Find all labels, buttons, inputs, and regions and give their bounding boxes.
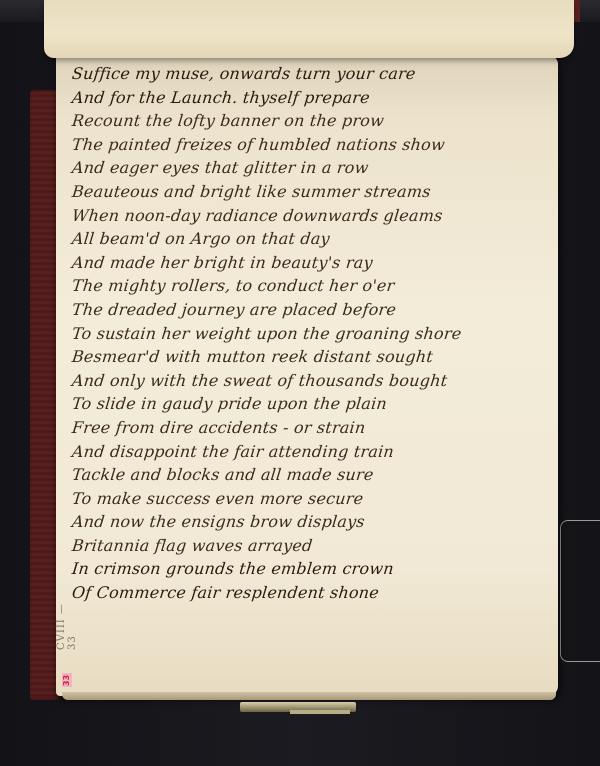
text-line: And only with the sweat of thousands bou… <box>71 369 553 393</box>
handwritten-text: Suffice my muse, onwards turn your care … <box>72 62 552 605</box>
text-line: To make success even more secure <box>71 487 553 511</box>
text-line: The painted freizes of humbled nations s… <box>71 133 553 157</box>
page-stack-edge <box>62 692 556 700</box>
elastic-band <box>560 520 600 662</box>
text-line: And made her bright in beauty's ray <box>71 251 553 275</box>
text-line: Free from dire accidents - or strain <box>71 416 553 440</box>
text-line: Beauteous and bright like summer streams <box>71 180 553 204</box>
text-line: To slide in gaudy pride upon the plain <box>71 392 553 416</box>
text-line: And disappoint the fair attending train <box>71 440 553 464</box>
folio-number-stamp: 33 <box>62 673 72 687</box>
text-line: To sustain her weight upon the groaning … <box>71 322 553 346</box>
text-line: And now the ensigns brow displays <box>71 510 553 534</box>
text-line: Suffice my muse, onwards turn your care <box>71 62 553 86</box>
turned-page-flap <box>44 0 574 58</box>
text-line: And for the Launch. thyself prepare <box>71 86 553 110</box>
text-line: When noon-day radiance downwards gleams <box>71 204 553 228</box>
text-line: All beam'd on Argo on that day <box>71 227 553 251</box>
text-line: Besmear'd with mutton reek distant sough… <box>71 345 553 369</box>
text-line: In crimson grounds the emblem crown <box>71 557 553 581</box>
text-line: Britannia flag waves arrayed <box>71 534 553 558</box>
text-line: The dreaded journey are placed before <box>71 298 553 322</box>
text-line: The mighty rollers, to conduct her o'er <box>71 274 553 298</box>
text-line: Tackle and blocks and all made sure <box>71 463 553 487</box>
text-line: Of Commerce fair resplendent shone <box>71 581 553 605</box>
text-line: And eager eyes that glitter in a row <box>71 156 553 180</box>
clasp-detail <box>290 710 350 714</box>
text-line: Recount the lofty banner on the prow <box>71 109 553 133</box>
margin-stamp: CVIII — 33 <box>56 590 74 650</box>
